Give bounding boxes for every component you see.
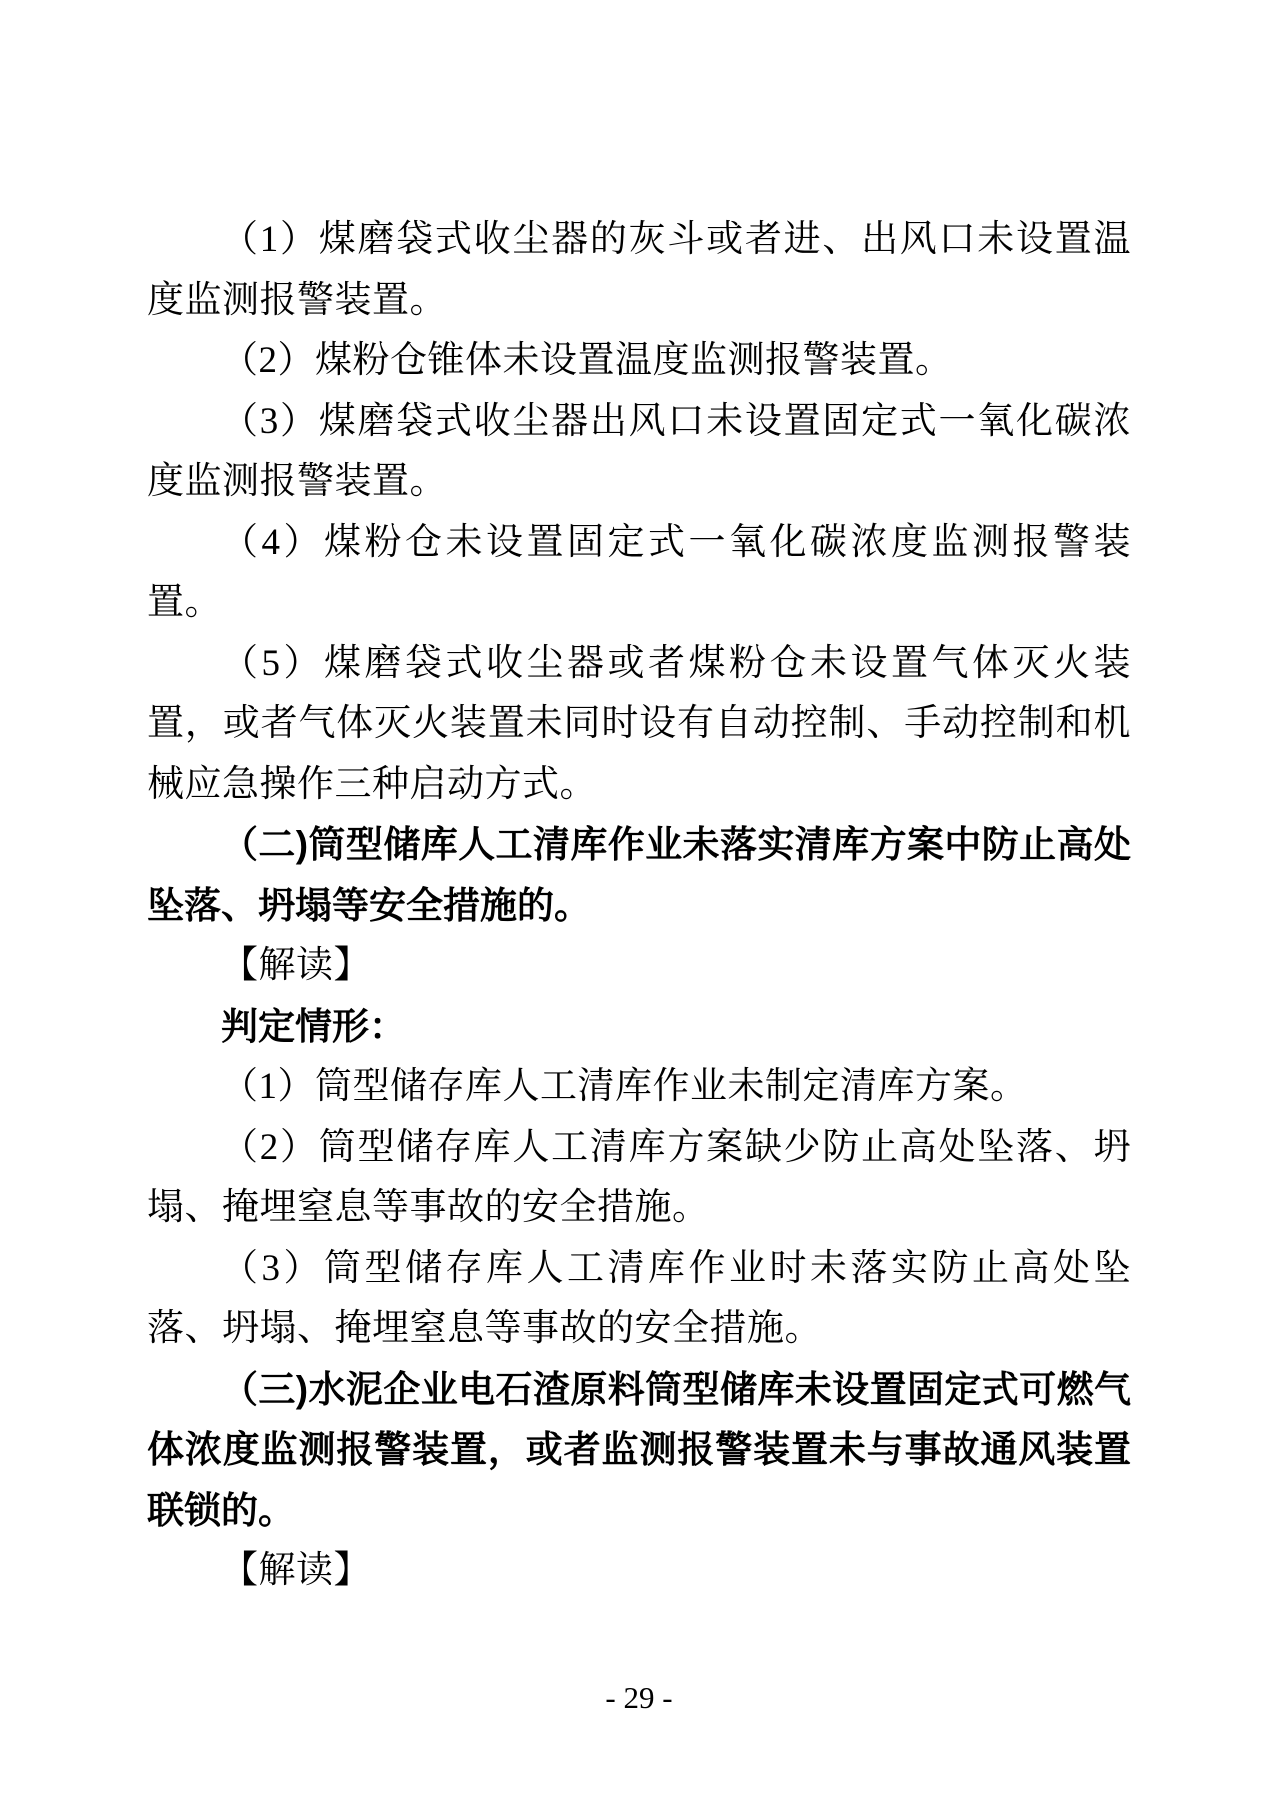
paragraph: （2）筒型储存库人工清库方案缺少防止高处坠落、坍塌、掩埋窒息等事故的安全措施。: [147, 1118, 1131, 1239]
page-number: - 29 -: [147, 1678, 1131, 1718]
paragraph: （4）煤粉仓未设置固定式一氧化碳浓度监测报警装置。: [147, 513, 1131, 634]
document-page: （1）煤磨袋式收尘器的灰斗或者进、出风口未设置温度监测报警装置。（2）煤粉仓锥体…: [0, 0, 1280, 1810]
paragraph: 【解读】: [147, 1541, 1131, 1602]
section-heading: （二)筒型储库人工清库作业未落实清库方案中防止高处坠落、坍塌等安全措施的。: [147, 815, 1131, 936]
paragraph: （3）煤磨袋式收尘器出风口未设置固定式一氧化碳浓度监测报警装置。: [147, 392, 1131, 513]
document-content: （1）煤磨袋式收尘器的灰斗或者进、出风口未设置温度监测报警装置。（2）煤粉仓锥体…: [147, 210, 1131, 1602]
section-heading: 判定情形：: [147, 997, 1131, 1058]
paragraph: （1）煤磨袋式收尘器的灰斗或者进、出风口未设置温度监测报警装置。: [147, 210, 1131, 331]
paragraph: （3）筒型储存库人工清库作业时未落实防止高处坠落、坍塌、掩埋窒息等事故的安全措施…: [147, 1239, 1131, 1360]
paragraph: 【解读】: [147, 936, 1131, 997]
paragraph: （2）煤粉仓锥体未设置温度监测报警装置。: [147, 331, 1131, 392]
paragraph: （5）煤磨袋式收尘器或者煤粉仓未设置气体灭火装置，或者气体灭火装置未同时设有自动…: [147, 634, 1131, 816]
paragraph: （1）筒型储存库人工清库作业未制定清库方案。: [147, 1057, 1131, 1118]
section-heading: （三)水泥企业电石渣原料筒型储库未设置固定式可燃气体浓度监测报警装置，或者监测报…: [147, 1360, 1131, 1542]
